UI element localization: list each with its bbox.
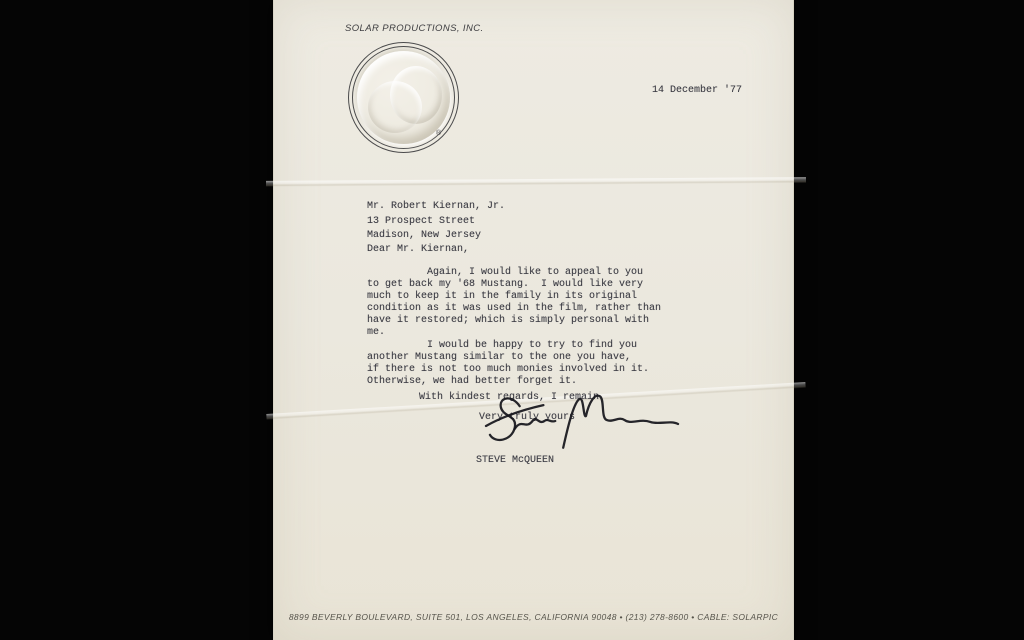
letter-page: SOLAR PRODUCTIONS, INC. ® 14 December '7… [273,0,794,640]
recipient-address: Mr. Robert Kiernan, Jr. 13 Prospect Stre… [367,200,505,244]
body-paragraph-2: I would be happy to try to find you anot… [367,340,649,388]
letterhead-footer-address: 8899 BEVERLY BOULEVARD, SUITE 501, LOS A… [274,612,793,622]
typed-signature-name: STEVE McQUEEN [476,455,554,467]
signature-steve-mcqueen [484,390,682,452]
solar-sun-logo-icon [348,42,459,153]
emboss-swirl-shape [368,81,422,133]
registered-trademark-icon: ® [436,130,441,137]
body-paragraph-1: Again, I would like to appeal to you to … [367,267,661,339]
fold-crease-top [266,177,806,187]
photo-background: SOLAR PRODUCTIONS, INC. ® 14 December '7… [0,0,1024,640]
letter-date: 14 December '77 [652,85,742,97]
company-name: SOLAR PRODUCTIONS, INC. [345,23,484,34]
salutation: Dear Mr. Kiernan, [367,244,469,256]
